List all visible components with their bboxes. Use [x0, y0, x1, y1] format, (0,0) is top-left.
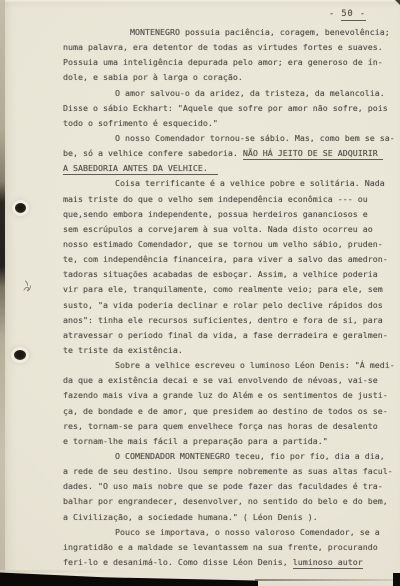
scan-top-edge	[0, 0, 400, 3]
scan-bottom-background	[0, 571, 258, 586]
text-line: ingratidão e a maldade se levantassem na…	[63, 540, 399, 555]
text-line: sem escrúpulos a corvejarem à sua volta.…	[63, 222, 399, 237]
text-line: te triste da existência.	[63, 343, 399, 358]
text-line: Coisa terrificante é a velhice pobre e s…	[63, 176, 399, 191]
text-line: Possuia uma inteligência depurada pelo a…	[63, 55, 399, 70]
pencil-scribble-mark	[21, 277, 33, 294]
text-line: e tornam-lhe mais fácil a preparação par…	[63, 434, 399, 449]
scan-left-edge	[0, 0, 5, 586]
text-line: A SABEDORIA ANTES DA VELHICE.	[63, 161, 399, 176]
text-line: dole, e sabia por à larga o coração.	[63, 70, 399, 85]
scanned-document-page: - 50 - MONTENEGRO possuia paciência, cor…	[0, 0, 400, 586]
text-line: vir para ele, tranquilamente, como realm…	[63, 282, 399, 297]
text-line: O COMENDADOR MONTENEGRO teceu, fio por f…	[63, 449, 399, 464]
text-line: nosso estimado Comendador, que se tornou…	[63, 237, 399, 252]
text-line: Disse o sábio Eckhart: "Aquele que sofre…	[63, 101, 399, 116]
text-line: atravessar o periodo final da vida, a fa…	[63, 328, 399, 343]
text-line: numa palavra, era detentor de todas as v…	[63, 40, 399, 55]
page-bottom-edge-highlight	[0, 570, 130, 573]
punch-hole-top	[15, 203, 26, 213]
text-line: O nosso Comendador tornou-se sábio. Mas,…	[63, 131, 399, 146]
text-line: fazendo mais viva a grande luz do Além e…	[63, 388, 399, 403]
text-line: dades. "O uso mais nobre que se pode faz…	[63, 479, 399, 494]
page-number-prefix: -	[329, 9, 341, 19]
text-line: res, tornam-se para quem envelhece força…	[63, 419, 399, 434]
text-line: tadoras situações acabadas de esboçar. A…	[63, 267, 399, 282]
text-line: Pouco se importava, o nosso valoroso Com…	[63, 525, 399, 540]
page-number: - 50 -	[329, 9, 366, 19]
page-number-value: 50 -	[341, 9, 366, 21]
text-line: ça, de bondade e de amor, que presidem a…	[63, 404, 399, 419]
text-line: feri-lo e desanimá-lo. Como disse Léon D…	[63, 555, 399, 570]
typewritten-text-block: MONTENEGRO possuia paciência, coragem, b…	[63, 25, 399, 570]
text-line: que,sendo embora independente, possua he…	[63, 207, 399, 222]
page-bottom-edge-shadow	[255, 579, 393, 581]
text-line: a Civilização, a sociedade humana." ( Lé…	[63, 510, 399, 525]
text-line: O amor salvou-o da aridez, da tristeza, …	[63, 86, 399, 101]
text-line: be, só a velhice confere sabedoria. NÃO …	[63, 146, 399, 161]
text-line: a rede de seu destino. Usou sempre nobre…	[63, 464, 399, 479]
text-line: mais triste do que o velho sem independê…	[63, 192, 399, 207]
text-line: balhar por engrandecer, desenvolver, no …	[63, 494, 399, 509]
text-line: da que a existência decai e se vai envol…	[63, 373, 399, 388]
text-line: todo o sofrimento é esquecido."	[63, 116, 399, 131]
text-line: MONTENEGRO possuia paciência, coragem, b…	[63, 25, 399, 40]
punch-hole-bottom	[14, 350, 26, 360]
text-line: anos": tinha ele recursos suficientes, d…	[63, 313, 399, 328]
text-line: Sobre a velhice escreveu o luminoso Léon…	[63, 358, 399, 373]
text-line: susto, "a vida poderia declinar e rolar …	[63, 298, 399, 313]
scan-corner-mark-bottom-right	[393, 573, 400, 586]
text-line: te, com independência financeira, para v…	[63, 252, 399, 267]
